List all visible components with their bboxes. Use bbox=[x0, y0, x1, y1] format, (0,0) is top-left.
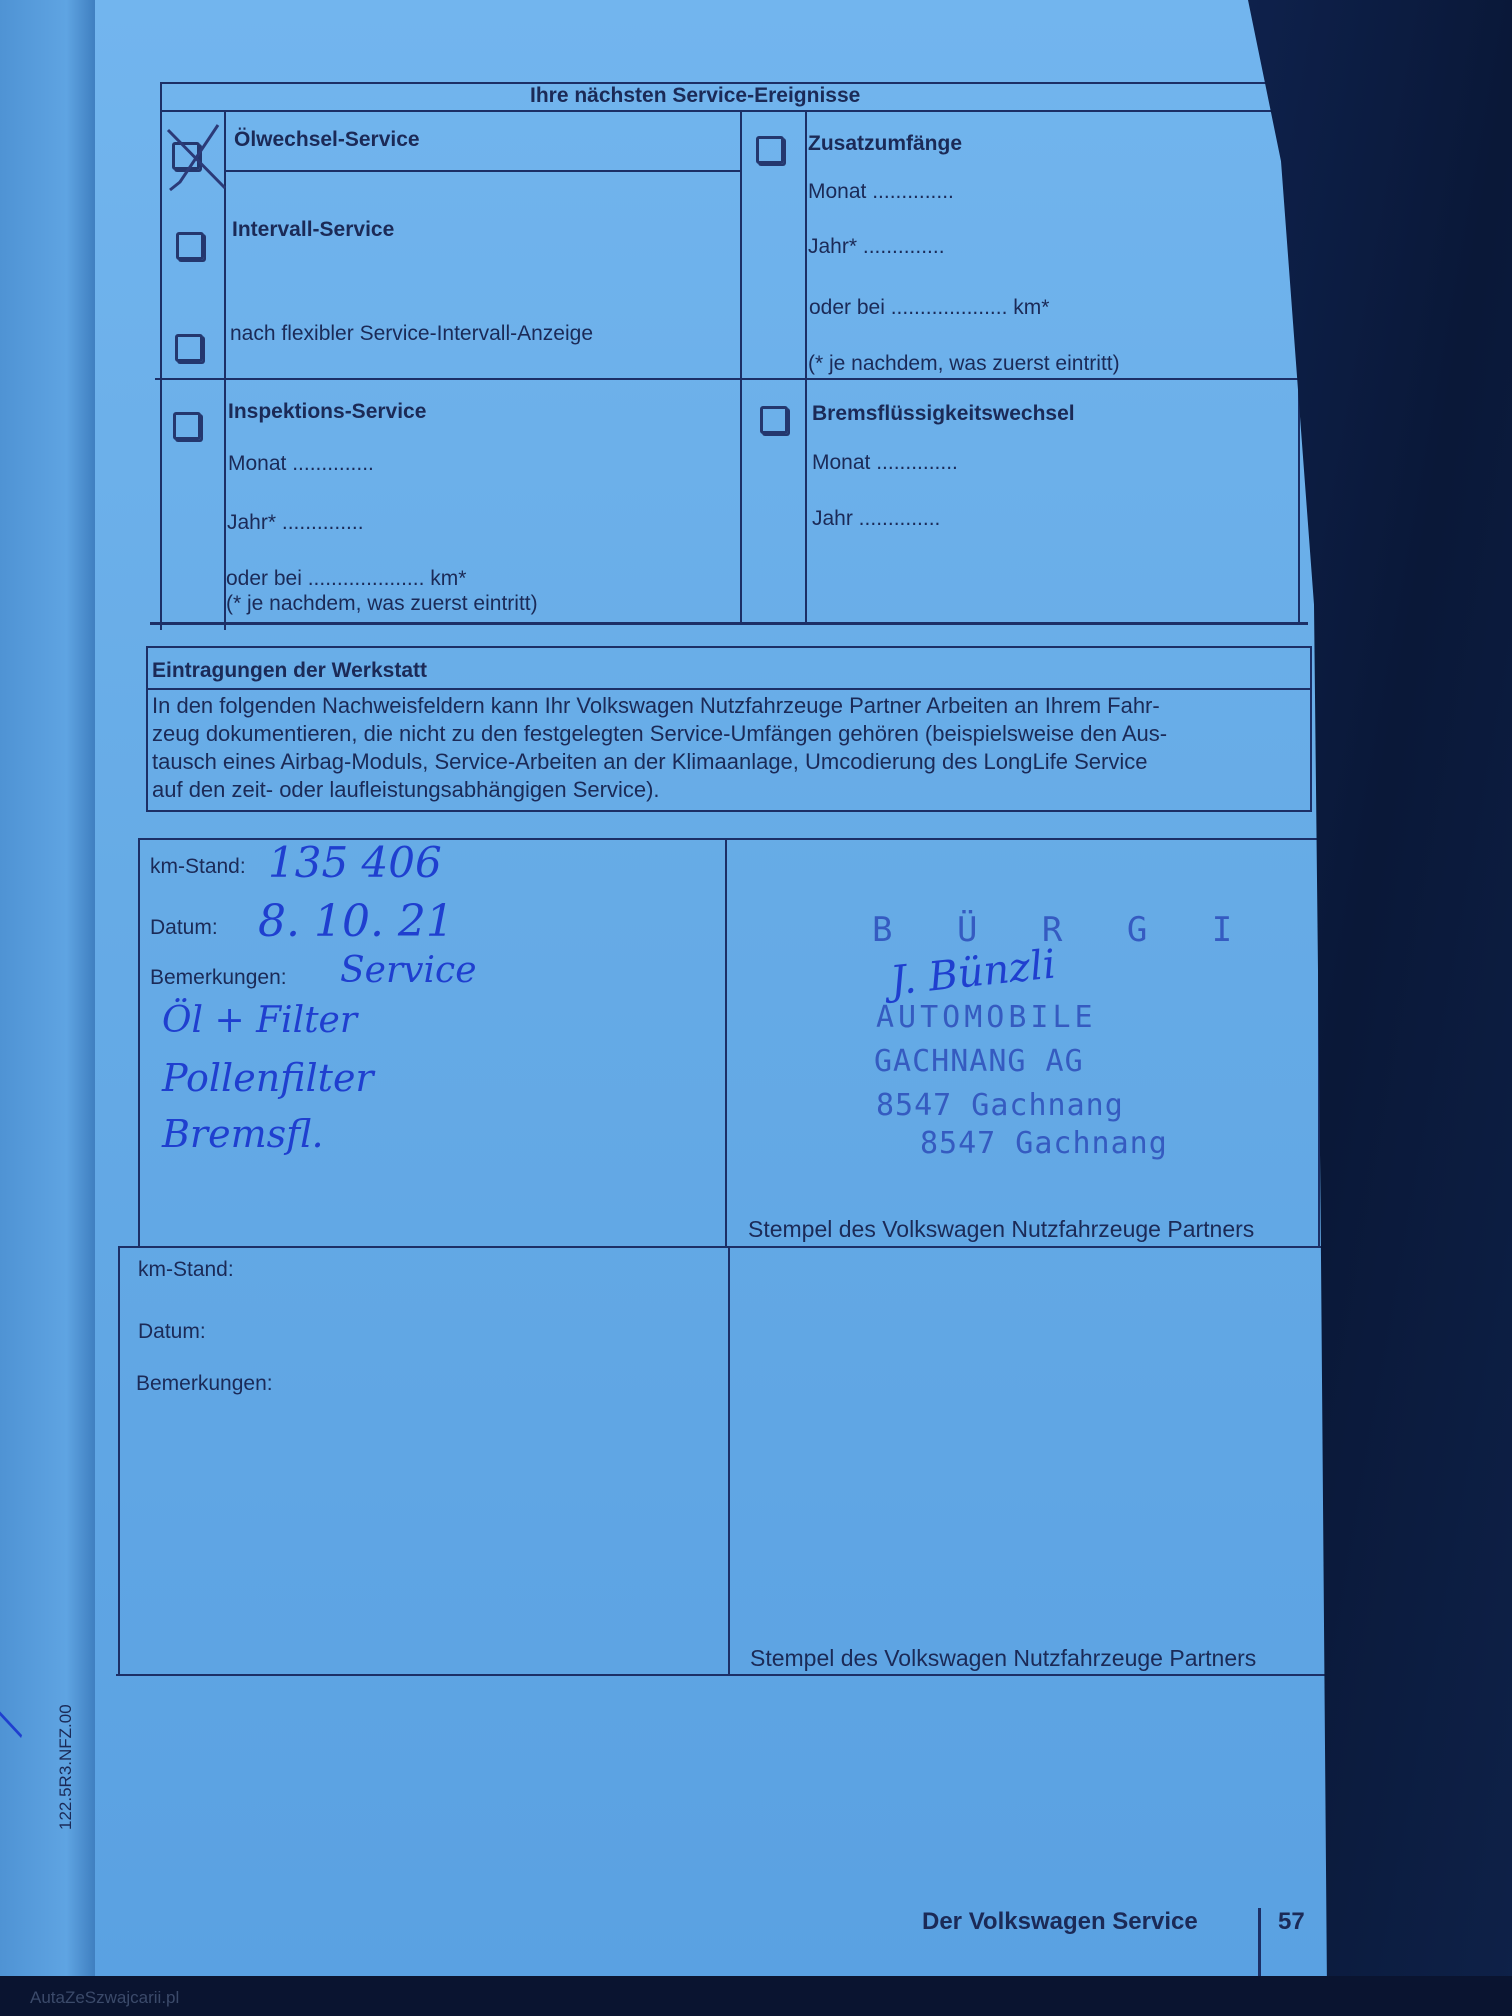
remarks-label: Bemerkungen: bbox=[150, 966, 287, 990]
footer-section-title: Der Volkswagen Service bbox=[922, 1908, 1198, 1936]
service-events-title: Ihre nächsten Service-Ereignisse bbox=[530, 84, 860, 108]
remark-line[interactable]: Pollenfilter bbox=[162, 1056, 374, 1100]
stamp-line: 8547 Gachnang bbox=[920, 1126, 1168, 1161]
brake-fluid-label: Bremsflüssigkeitswechsel bbox=[812, 402, 1075, 426]
background-edge bbox=[0, 1976, 1512, 2016]
stamp-caption: Stempel des Volkswagen Nutzfahrzeuge Par… bbox=[750, 1645, 1256, 1672]
stamp-line: 8547 Gachnang bbox=[876, 1088, 1124, 1123]
document-code: 122.5R3.NFZ.00 bbox=[56, 1690, 76, 1830]
facing-page-handwriting: / bbox=[0, 1709, 33, 1737]
stamp-caption: Stempel des Volkswagen Nutzfahrzeuge Par… bbox=[748, 1216, 1254, 1243]
inspection-month-field[interactable]: Monat .............. bbox=[228, 452, 374, 476]
workshop-description-line: In den folgenden Nachweisfeldern kann Ih… bbox=[152, 692, 1167, 720]
interval-service-checkbox[interactable] bbox=[176, 232, 204, 260]
km-value[interactable]: 135 406 bbox=[268, 838, 442, 887]
flexible-interval-checkbox[interactable] bbox=[175, 334, 203, 362]
workshop-description-line: tausch eines Airbag-Moduls, Service-Arbe… bbox=[152, 748, 1167, 776]
stamp-line: AUTOMOBILE bbox=[876, 1000, 1097, 1035]
date-value[interactable]: 8. 10. 21 bbox=[258, 896, 454, 947]
checkmark-cross-icon bbox=[160, 120, 240, 200]
brake-year-field[interactable]: Jahr .............. bbox=[812, 507, 940, 531]
stamp-line: B Ü R G I bbox=[872, 910, 1254, 950]
additional-scope-label: Zusatzumfänge bbox=[808, 132, 962, 156]
inspection-service-label: Inspektions-Service bbox=[228, 400, 426, 424]
workshop-description-line: zeug dokumentieren, die nicht zu den fes… bbox=[152, 720, 1167, 748]
stamp-line: GACHNANG AG bbox=[874, 1044, 1084, 1079]
remarks-label: Bemerkungen: bbox=[136, 1372, 273, 1396]
additional-year-field[interactable]: Jahr* .............. bbox=[808, 235, 945, 259]
workshop-title: Eintragungen der Werkstatt bbox=[152, 659, 427, 683]
facing-page: / bbox=[0, 0, 95, 1990]
remark-line[interactable]: Öl + Filter bbox=[162, 1000, 357, 1041]
workshop-description: In den folgenden Nachweisfeldern kann Ih… bbox=[152, 692, 1167, 804]
additional-month-field[interactable]: Monat .............. bbox=[808, 180, 954, 204]
flexible-interval-label: nach flexibler Service-Intervall-Anzeige bbox=[230, 322, 593, 346]
oil-service-label: Ölwechsel-Service bbox=[234, 128, 420, 152]
brake-fluid-checkbox[interactable] bbox=[760, 406, 788, 434]
km-label: km-Stand: bbox=[138, 1258, 234, 1282]
date-label: Datum: bbox=[150, 916, 218, 940]
stamp-area[interactable] bbox=[740, 1260, 1340, 1630]
km-label: km-Stand: bbox=[150, 855, 246, 879]
interval-service-label: Intervall-Service bbox=[232, 218, 394, 242]
watermark: AutaZeSzwajcarii.pl bbox=[30, 1988, 179, 2008]
workshop-description-line: auf den zeit- oder laufleistungsabhängig… bbox=[152, 776, 1167, 804]
additional-km-field[interactable]: oder bei .................... km* bbox=[809, 296, 1049, 320]
inspection-footnote: (* je nachdem, was zuerst eintritt) bbox=[226, 592, 538, 616]
brake-month-field[interactable]: Monat .............. bbox=[812, 451, 958, 475]
date-label: Datum: bbox=[138, 1320, 206, 1344]
remark-line[interactable]: Bremsfl. bbox=[162, 1112, 324, 1156]
inspection-km-field[interactable]: oder bei .................... km* bbox=[226, 567, 466, 591]
additional-footnote: (* je nachdem, was zuerst eintritt) bbox=[808, 352, 1120, 376]
remark-line[interactable]: Service bbox=[340, 950, 477, 991]
inspection-year-field[interactable]: Jahr* .............. bbox=[227, 511, 364, 535]
booklet-page bbox=[95, 0, 1415, 1990]
additional-scope-checkbox[interactable] bbox=[756, 136, 784, 164]
page-number: 57 bbox=[1278, 1908, 1305, 1936]
inspection-service-checkbox[interactable] bbox=[173, 412, 201, 440]
